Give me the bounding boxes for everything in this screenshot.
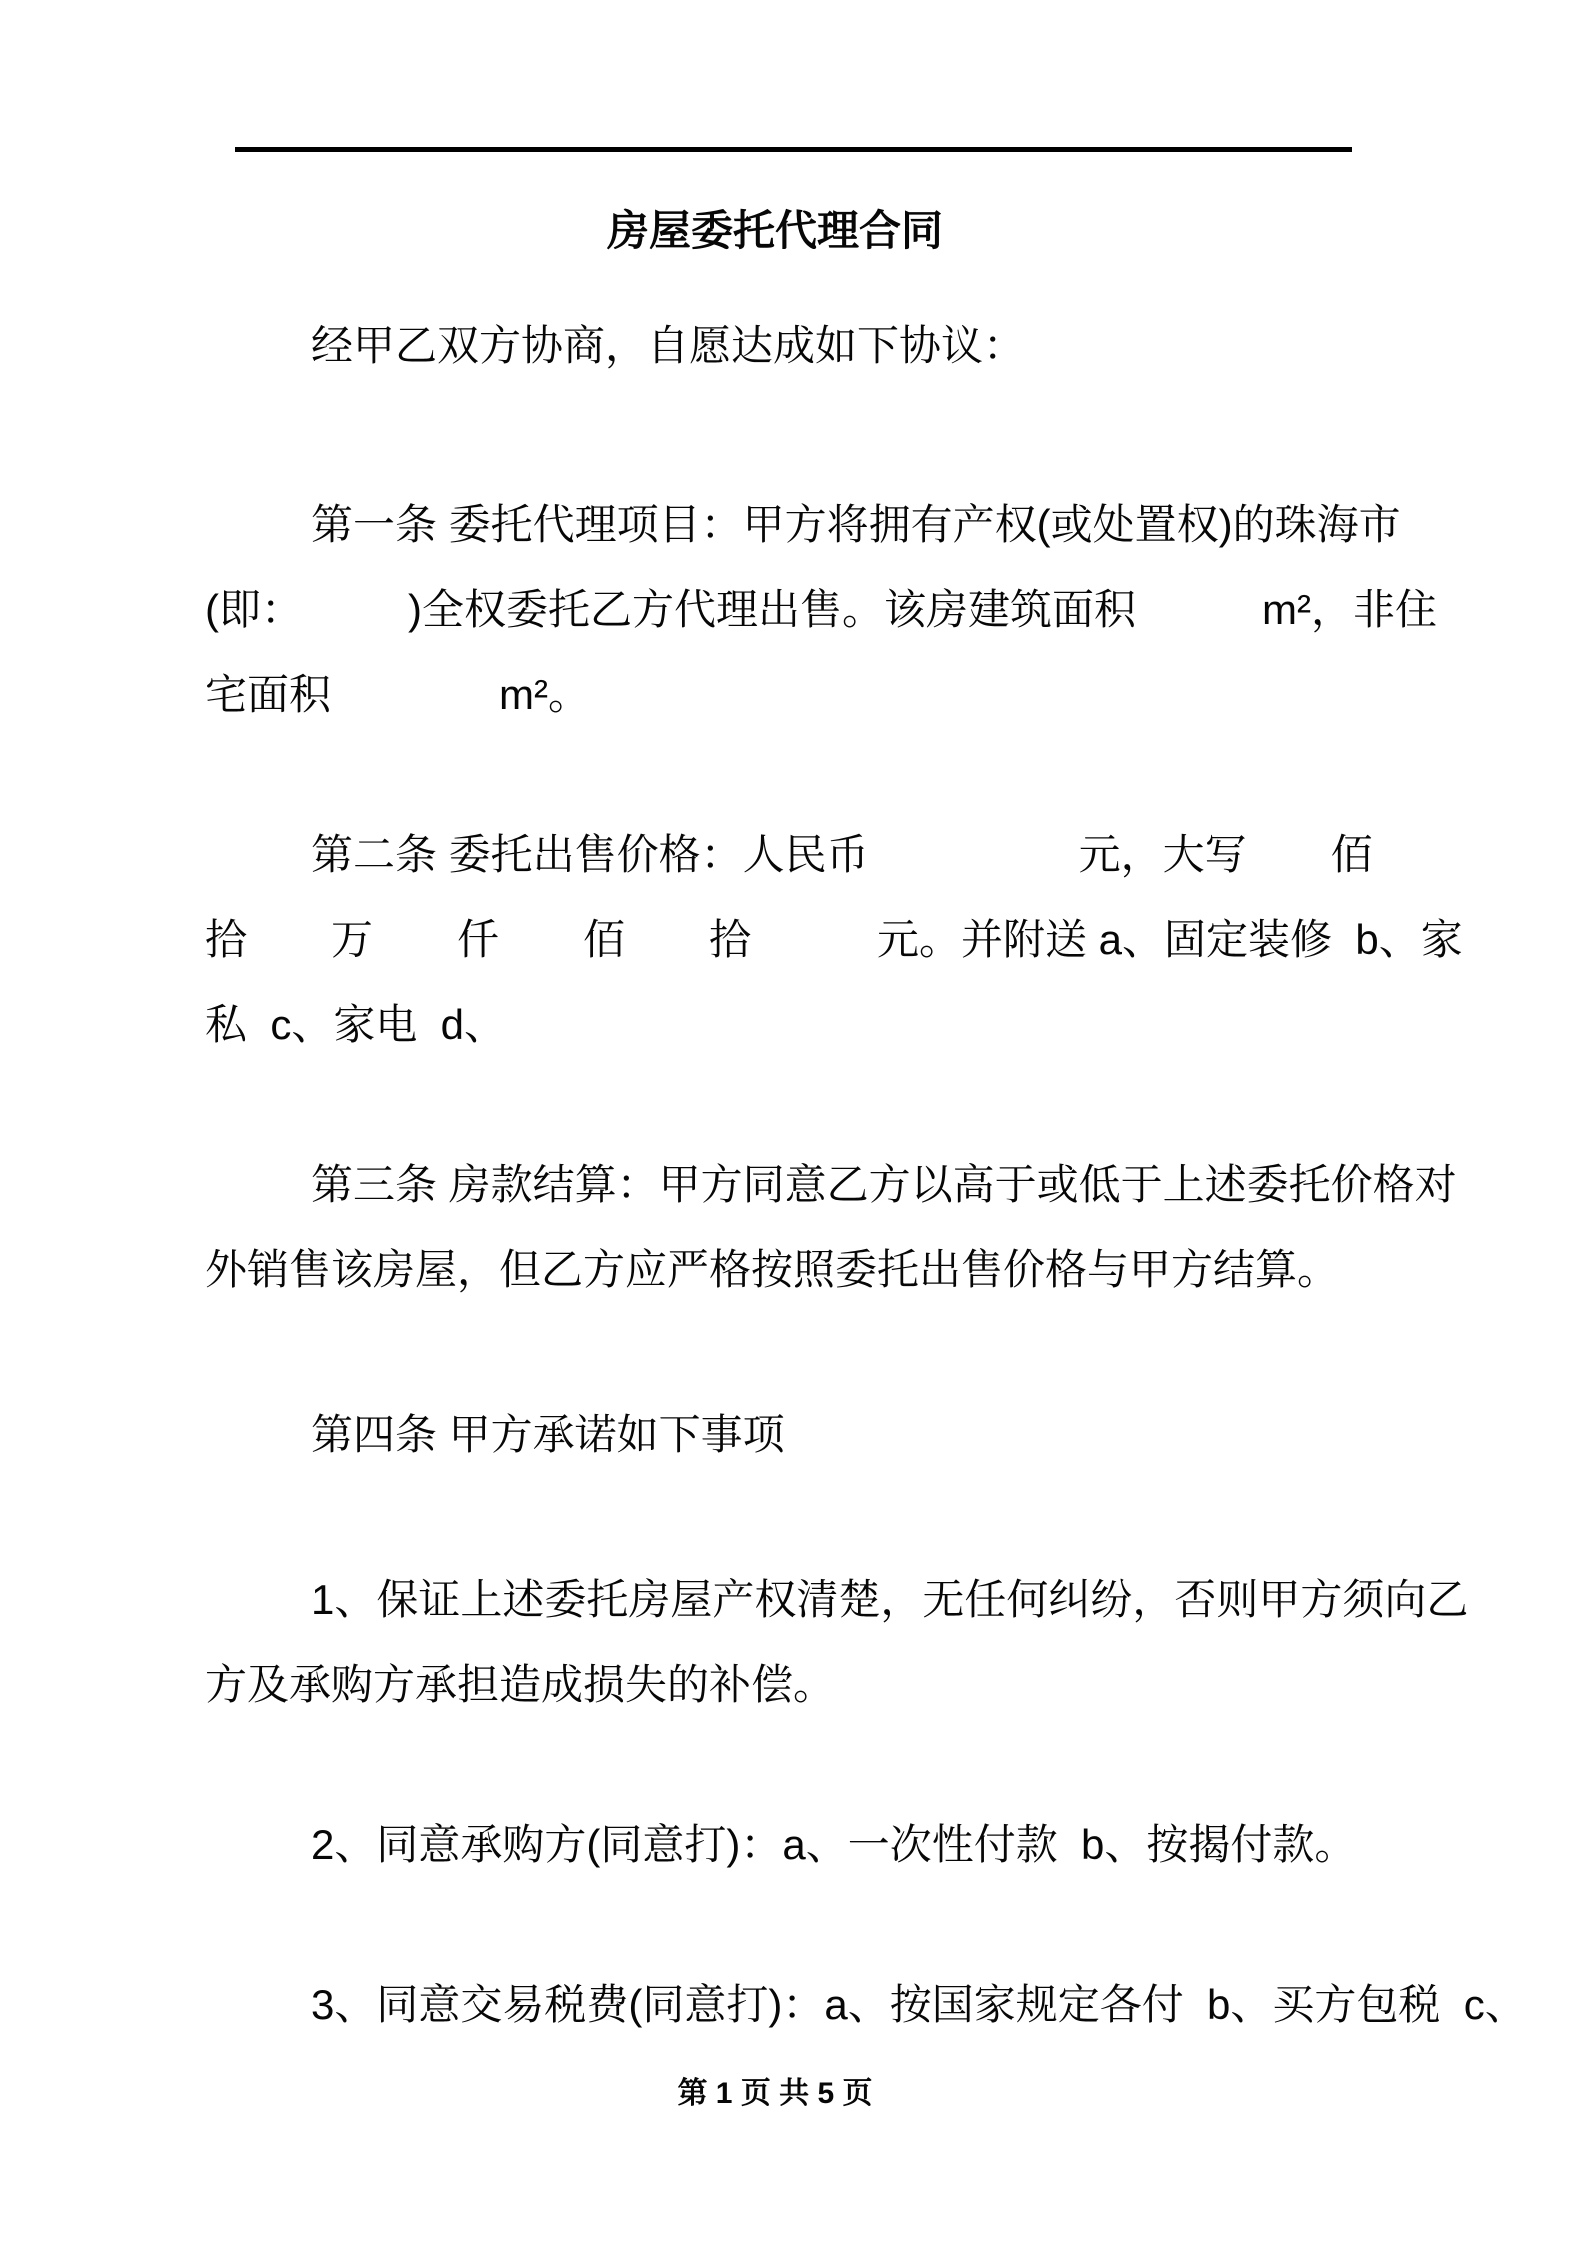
paragraph-clause-3: 3、同意交易税费(同意打)：a、按国家规定各付 b、买方包税 c、 — [205, 1962, 1375, 2047]
document-title: 房屋委托代理合同 — [205, 205, 1345, 257]
paragraph-article-1: 第一条 委托代理项目：甲方将拥有产权(或处置权)的珠海市 (即： )全权委托乙方… — [205, 482, 1375, 737]
text-line: 第二条 委托出售价格：人民币 元，大写 佰 — [205, 812, 1375, 897]
text-line: 外销售该房屋，但乙方应严格按照委托出售价格与甲方结算。 — [205, 1227, 1375, 1312]
text-line: (即： )全权委托乙方代理出售。该房建筑面积 m²，非住 — [205, 567, 1375, 652]
text-line: 第三条 房款结算：甲方同意乙方以高于或低于上述委托价格对 — [205, 1142, 1375, 1227]
paragraph-intro: 经甲乙双方协商，自愿达成如下协议： — [205, 303, 1375, 388]
document-page: 房屋委托代理合同 经甲乙双方协商，自愿达成如下协议： 第一条 委托代理项目：甲方… — [0, 0, 1586, 2244]
text-line: 第一条 委托代理项目：甲方将拥有产权(或处置权)的珠海市 — [205, 482, 1375, 567]
text-line: 1、保证上述委托房屋产权清楚，无任何纠纷，否则甲方须向乙 — [205, 1557, 1375, 1642]
text-line: 3、同意交易税费(同意打)：a、按国家规定各付 b、买方包税 c、 — [205, 1962, 1375, 2047]
text-line: 宅面积 m²。 — [205, 652, 1375, 737]
text-line: 方及承购方承担造成损失的补偿。 — [205, 1642, 1375, 1727]
paragraph-article-3: 第三条 房款结算：甲方同意乙方以高于或低于上述委托价格对 外销售该房屋，但乙方应… — [205, 1142, 1375, 1312]
header-rule — [235, 147, 1352, 152]
text-line: 私 c、家电 d、 — [205, 982, 1375, 1067]
text-line: 拾 万 仟 佰 拾 元。并附送 a、固定装修 b、家 — [205, 897, 1375, 982]
text-line: 经甲乙双方协商，自愿达成如下协议： — [205, 303, 1375, 388]
paragraph-article-2: 第二条 委托出售价格：人民币 元，大写 佰 拾 万 仟 佰 拾 元。并附送 a、… — [205, 812, 1375, 1067]
text-line: 第四条 甲方承诺如下事项 — [205, 1392, 1375, 1477]
paragraph-article-4: 第四条 甲方承诺如下事项 — [205, 1392, 1375, 1477]
text-line: 2、同意承购方(同意打)：a、一次性付款 b、按揭付款。 — [205, 1802, 1375, 1887]
paragraph-clause-2: 2、同意承购方(同意打)：a、一次性付款 b、按揭付款。 — [205, 1802, 1375, 1887]
page-footer: 第 1 页 共 5 页 — [205, 2070, 1345, 2118]
paragraph-clause-1: 1、保证上述委托房屋产权清楚，无任何纠纷，否则甲方须向乙 方及承购方承担造成损失… — [205, 1557, 1375, 1727]
